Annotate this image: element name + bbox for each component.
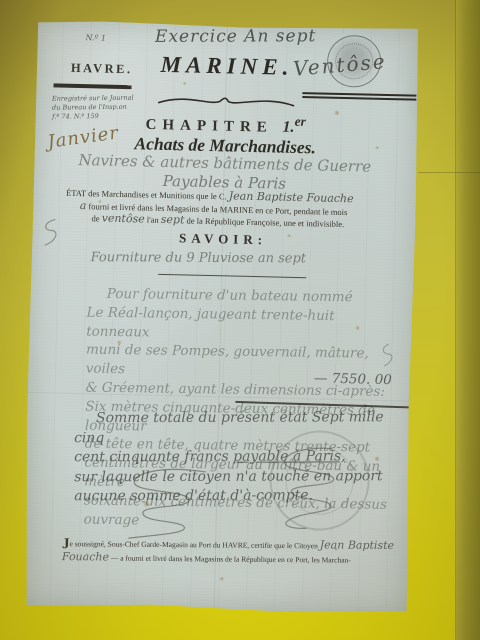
etat-hand-insert: a [80,199,87,212]
chapter-word: CHAPITRE [145,117,273,136]
margin-paraph-mark [39,216,62,248]
certification-paragraph: Je soussigné, Sous-Chef Garde-Magasin au… [62,537,402,566]
body-line: Le Réal-lançon, jaugeant trente-huit ton… [86,303,396,345]
total-text: cent cinquante francs [74,449,233,466]
backdrop-seam-vertical [455,0,456,640]
ink-spiral-flourish [116,464,223,544]
backdrop-right-band [456,0,480,640]
year-handwritten: sept [161,213,185,227]
etat-paragraph: ÉTAT des Marchandises et Munitions que l… [65,187,418,232]
foxing-spot [183,81,187,85]
chapter-number: 1.er [282,119,305,137]
certification-print-text: e soussigné, Sous-Chef Garde-Magasin au … [70,539,318,550]
chapter-number-suffix: er [295,114,306,129]
foxing-spot [219,576,224,581]
fourniture-subheading: Fourniture du 9 Pluviose an sept [91,250,306,266]
savoir-rule [158,274,306,279]
amount-value: — 7550. 00 [314,370,392,388]
backdrop-seam-horizontal [418,172,480,173]
certification-dash: — [111,553,119,562]
month-handwritten: ventôse [102,212,145,226]
exercice-annotation: Exercice An sept [121,26,351,47]
right-margin-paraph-mark [378,342,397,368]
document-paper: N.º 1 Exercice An sept HAVRE. MARINE. Ve… [23,20,420,615]
supplier-surname-handwritten: Fouache [62,550,109,563]
port-underline-rule [53,83,131,88]
supplier-firstname-handwritten: Jean Baptiste [320,538,394,552]
etat-print-text: de la République Françoise, une et indiv… [186,215,344,229]
certification-print-text: a fourni et livré dans les Magasins de l… [120,553,351,564]
etat-print-text: l'an [147,215,159,225]
chapter-number-digit: 1. [282,119,294,136]
header-double-rule [302,92,416,101]
total-line: Somme totale du présent état Sept mille … [74,408,404,448]
etat-print-text: de [91,213,99,223]
document-number-annotation: N.º 1 [86,33,107,42]
